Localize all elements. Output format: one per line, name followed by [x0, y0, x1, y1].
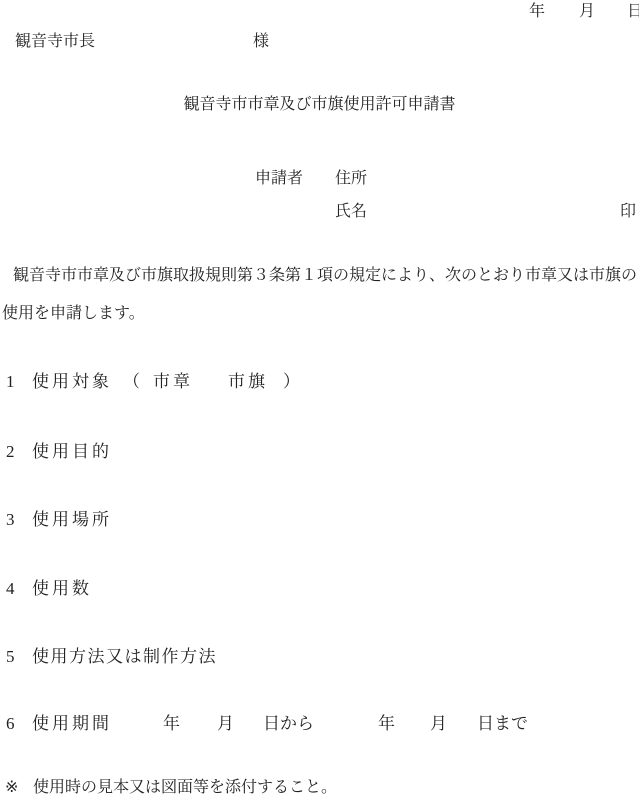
seal-label: 印	[620, 202, 636, 222]
item-6-number: 6	[6, 713, 15, 734]
addressee-title: 観音寺市長	[15, 32, 95, 52]
item-4-number: 4	[6, 578, 15, 599]
date-day-label: 日	[627, 2, 639, 22]
item-1-option-shisho: 市章	[153, 371, 193, 392]
item-1-paren-close: ）	[283, 371, 300, 392]
applicant-name-label: 氏名	[335, 202, 367, 222]
item-3-label: 使用場所	[32, 509, 112, 530]
addressee-honorific: 様	[253, 32, 269, 52]
date-month-label: 月	[579, 2, 595, 22]
footnote-marker: ※	[5, 778, 18, 798]
item-6-to-day-label: 日まで	[477, 713, 528, 734]
item-1-number: 1	[6, 371, 15, 392]
date-year-label: 年	[529, 2, 545, 22]
item-1-paren-open: （	[123, 371, 140, 392]
item-6-from-month-label: 月	[217, 713, 234, 734]
item-6-label: 使用期間	[32, 713, 112, 734]
form-title: 観音寺市市章及び市旗使用許可申請書	[0, 95, 639, 115]
footnote-text: 使用時の見本又は図面等を添付すること。	[33, 778, 337, 798]
item-3-number: 3	[6, 509, 15, 530]
item-6-from-day-label: 日から	[263, 713, 314, 734]
item-2-label: 使用目的	[32, 441, 112, 462]
applicant-address-label: 住所	[335, 169, 367, 189]
item-1-label: 使用対象	[32, 371, 112, 392]
item-5-label: 使用方法又は制作方法	[32, 646, 217, 667]
application-form-page: 年 月 日 観音寺市長 様 観音寺市市章及び市旗使用許可申請書 申請者 住所 氏…	[0, 0, 639, 800]
body-paragraph-line1: 観音寺市市章及び市旗取扱規則第３条第１項の規定により、次のとおり市章又は市旗の	[13, 266, 637, 286]
applicant-label: 申請者	[255, 169, 303, 189]
item-1-option-shiki: 市旗	[228, 371, 268, 392]
item-2-number: 2	[6, 441, 15, 462]
body-paragraph-line2: 使用を申請します。	[2, 304, 145, 324]
item-4-label: 使用数	[32, 578, 92, 599]
item-6-to-month-label: 月	[430, 713, 447, 734]
item-6-from-year-label: 年	[163, 713, 180, 734]
item-6-to-year-label: 年	[378, 713, 395, 734]
item-5-number: 5	[6, 646, 15, 667]
